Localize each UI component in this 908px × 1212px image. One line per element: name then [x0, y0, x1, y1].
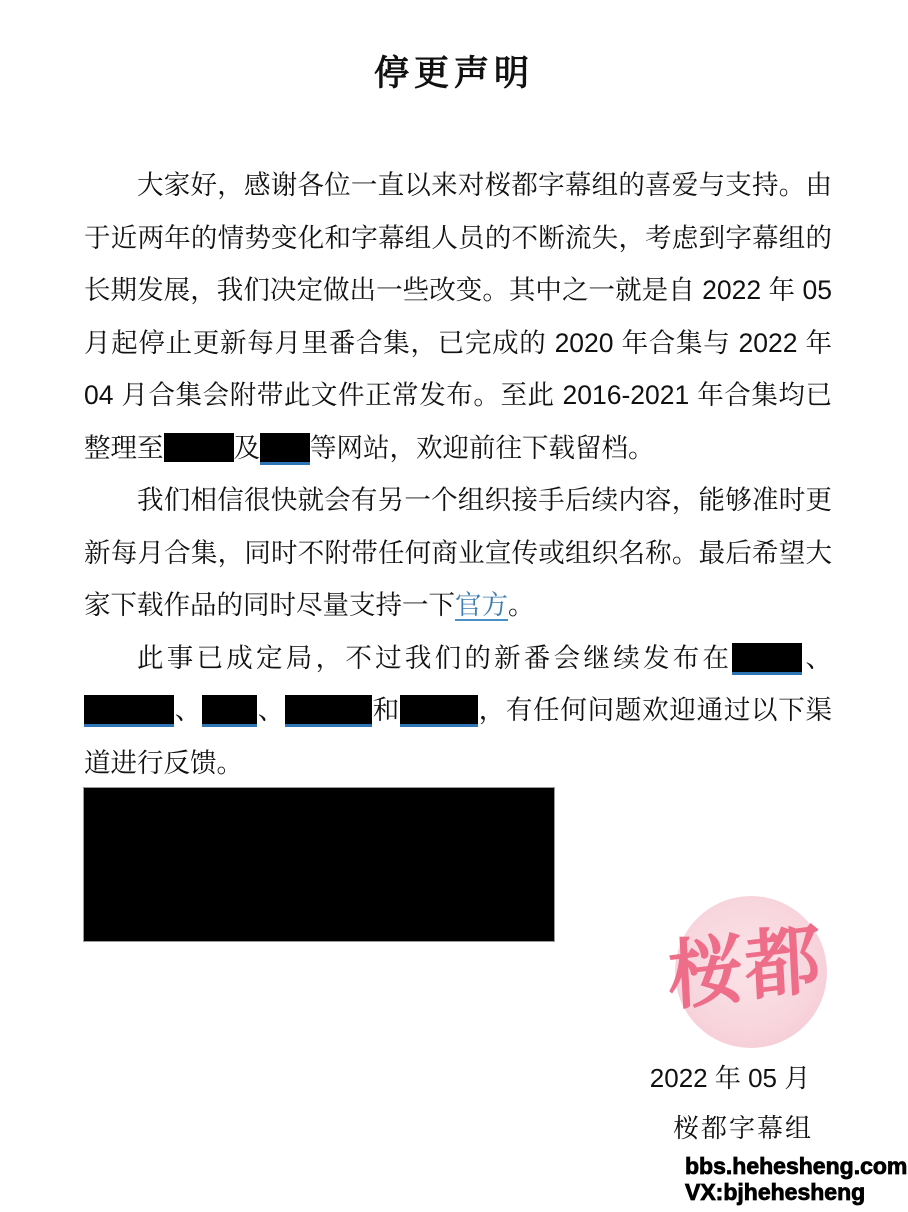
redacted-site-2[interactable] [260, 433, 310, 465]
signature-line: 桜都字幕组 [668, 1108, 818, 1145]
redacted-channel-2[interactable] [84, 695, 174, 727]
document-page: 停更声明 大家好，感谢各位一直以来对桜都字幕组的喜爱与支持。由于近两年的情势变化… [0, 0, 908, 1212]
page-title: 停更声明 [0, 46, 908, 96]
paragraph-text: 此事已成定局，不过我们的新番会继续发布在 [137, 643, 732, 673]
paragraph-1: 大家好，感谢各位一直以来对桜都字幕组的喜爱与支持。由于近两年的情势变化和字幕组人… [84, 159, 832, 474]
redacted-contact-block [83, 787, 555, 942]
paragraph-text: 和 [372, 695, 400, 725]
official-link[interactable]: 官方 [455, 590, 508, 620]
redacted-channel-4[interactable] [285, 695, 372, 727]
redacted-channel-5[interactable] [400, 695, 478, 727]
redacted-channel-1[interactable] [732, 643, 802, 675]
watermark-site: bbs.hehesheng.com [685, 1153, 907, 1179]
paragraph-3: 此事已成定局，不过我们的新番会继续发布在、、、和，有任何问题欢迎通过以下渠道进行… [84, 632, 832, 790]
watermark: bbs.hehesheng.com VX:bjhehesheng [685, 1153, 907, 1205]
paragraph-text: 。 [508, 590, 535, 620]
paragraph-2: 我们相信很快就会有另一个组织接手后续内容，能够准时更新每月合集，同时不附带任何商… [84, 474, 832, 632]
watermark-wechat: VX:bjhehesheng [685, 1179, 907, 1205]
paragraph-text: 、 [174, 695, 202, 725]
paragraph-text: 、 [257, 695, 285, 725]
document-body: 大家好，感谢各位一直以来对桜都字幕组的喜爱与支持。由于近两年的情势变化和字幕组人… [84, 159, 832, 789]
date-line: 2022 年 05 月 [645, 1058, 815, 1095]
paragraph-text: 、 [802, 643, 832, 673]
redacted-site-1 [164, 433, 234, 462]
redacted-channel-3[interactable] [202, 695, 257, 727]
paragraph-text: 及 [234, 433, 261, 463]
stamp-text: 桜都 [654, 919, 837, 1017]
paragraph-text: 等网站，欢迎前往下载留档。 [310, 433, 655, 463]
paragraph-text: 大家好，感谢各位一直以来对桜都字幕组的喜爱与支持。由于近两年的情势变化和字幕组人… [84, 170, 832, 463]
group-stamp: 桜都 [655, 888, 835, 1058]
